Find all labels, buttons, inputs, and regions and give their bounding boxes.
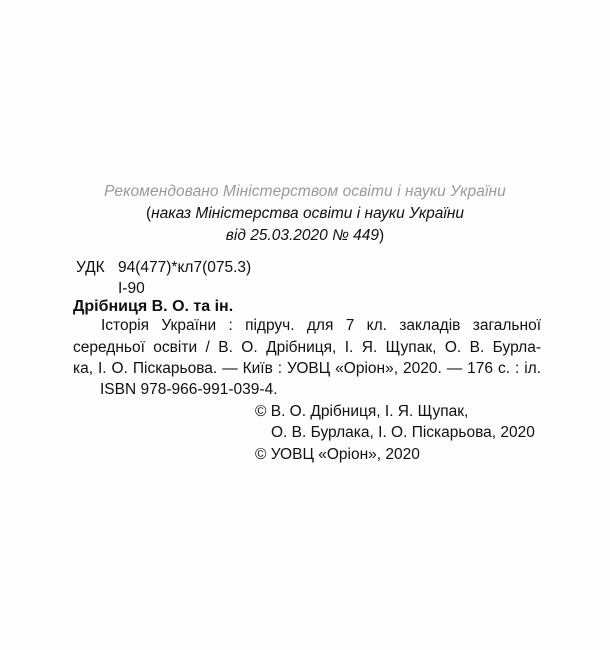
udk-label: УДК [76, 259, 105, 277]
order-text-2: від 25.03.2020 № 449 [226, 227, 379, 244]
description-line: середньої освіти / В. О. Дрібниця, І. Я.… [73, 337, 541, 359]
order-line-2: від 25.03.2020 № 449) [0, 227, 610, 245]
recommendation-line: Рекомендовано Міністерством освіти і нау… [0, 183, 610, 201]
author-heading: Дрібниця В. О. та ін. [73, 298, 233, 316]
author-mark: І-90 [118, 280, 145, 298]
copyright-authors-line-2: О. В. Бурлака, І. О. Піскарьова, 2020 [271, 424, 535, 442]
copyright-publisher: © УОВЦ «Оріон», 2020 [255, 446, 420, 464]
description-line: ка, І. О. Піскарьова. — Київ : УОВЦ «Орі… [73, 358, 541, 380]
order-line-1: (наказ Міністерства освіти і науки Украї… [0, 205, 610, 223]
copyright-authors-line-1: © В. О. Дрібниця, І. Я. Щупак, [255, 403, 468, 421]
udk-code: 94(477)*кл7(075.3) [118, 259, 251, 277]
isbn: ISBN 978-966-991-039-4. [100, 381, 278, 399]
description-line: Історія України : підруч. для 7 кл. закл… [73, 315, 541, 337]
order-text-1: наказ Міністерства освіти і науки Україн… [151, 205, 464, 222]
close-paren: ) [379, 227, 384, 244]
bibliographic-description: Історія України : підруч. для 7 кл. закл… [73, 315, 541, 380]
